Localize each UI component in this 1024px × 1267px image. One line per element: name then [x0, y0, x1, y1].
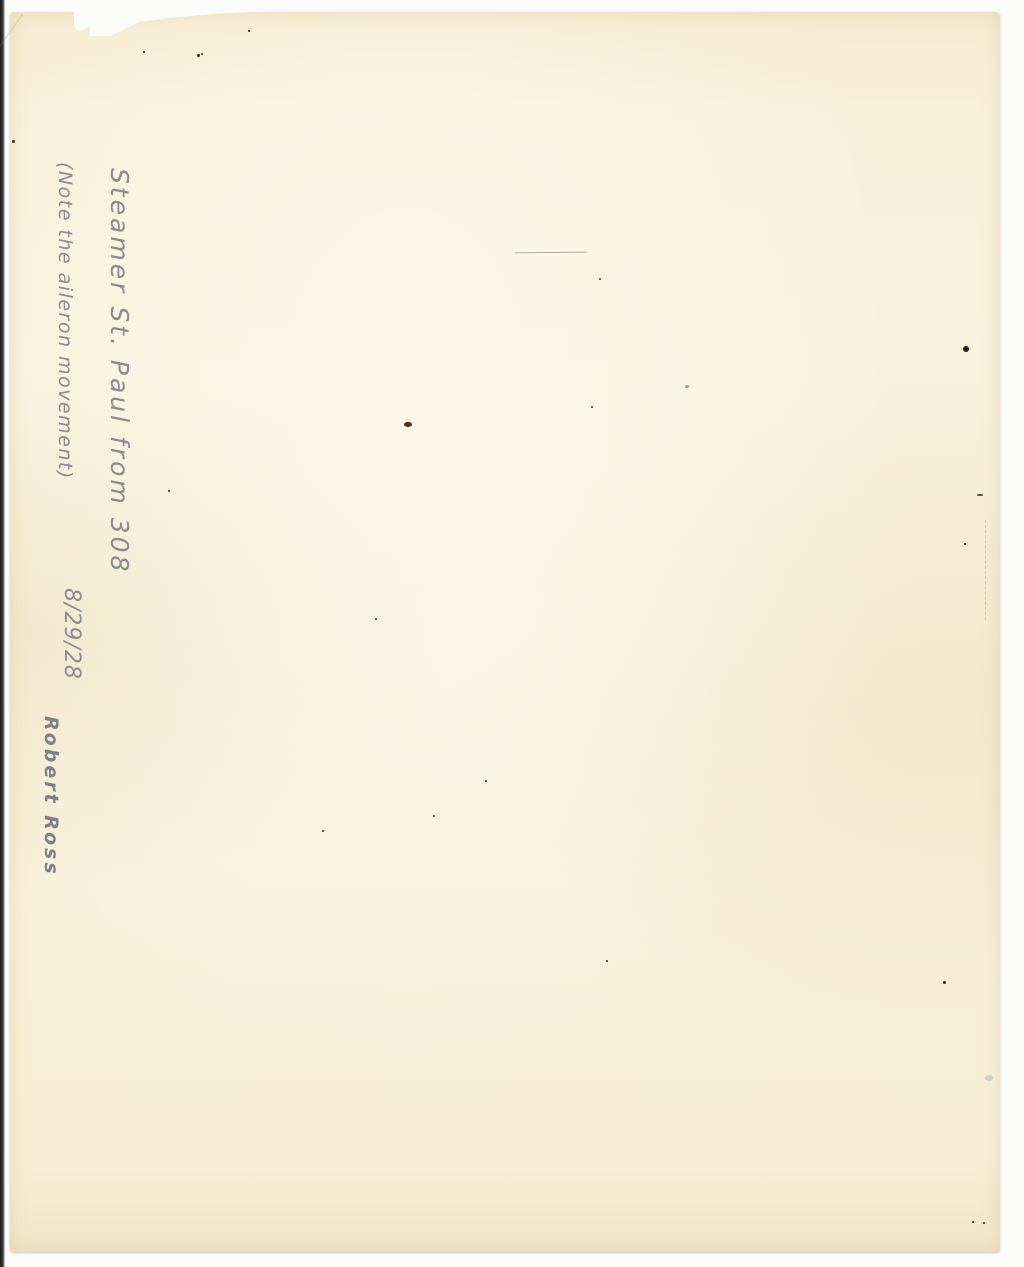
date-handwriting: 8/29/28	[59, 588, 84, 680]
dust-speck	[685, 385, 689, 388]
dust-speck	[983, 1222, 985, 1224]
dust-speck	[963, 346, 969, 352]
dust-speck	[201, 53, 203, 55]
dust-speck	[977, 494, 983, 496]
edge-wear	[985, 520, 988, 620]
dust-speck	[485, 780, 487, 782]
dust-speck	[972, 1221, 974, 1223]
remark-handwriting: (Note the aileron movement)	[54, 162, 76, 480]
dust-speck	[943, 981, 946, 984]
dust-speck	[375, 618, 377, 620]
dust-speck	[985, 1075, 993, 1081]
dust-speck	[606, 960, 608, 962]
dust-speck	[197, 54, 200, 57]
dust-speck	[591, 406, 593, 408]
caption-handwriting: Steamer St. Paul from 308	[105, 168, 134, 574]
dust-speck	[12, 140, 15, 143]
dust-speck	[433, 815, 435, 817]
dust-speck	[599, 278, 601, 280]
dust-speck	[322, 830, 324, 832]
signature: Robert Ross	[40, 716, 62, 877]
dust-speck	[168, 490, 170, 492]
dust-speck	[143, 51, 145, 53]
dust-speck	[404, 422, 412, 427]
photo-print-back	[10, 12, 1000, 1252]
dust-speck	[248, 30, 250, 32]
dust-speck	[964, 543, 966, 545]
